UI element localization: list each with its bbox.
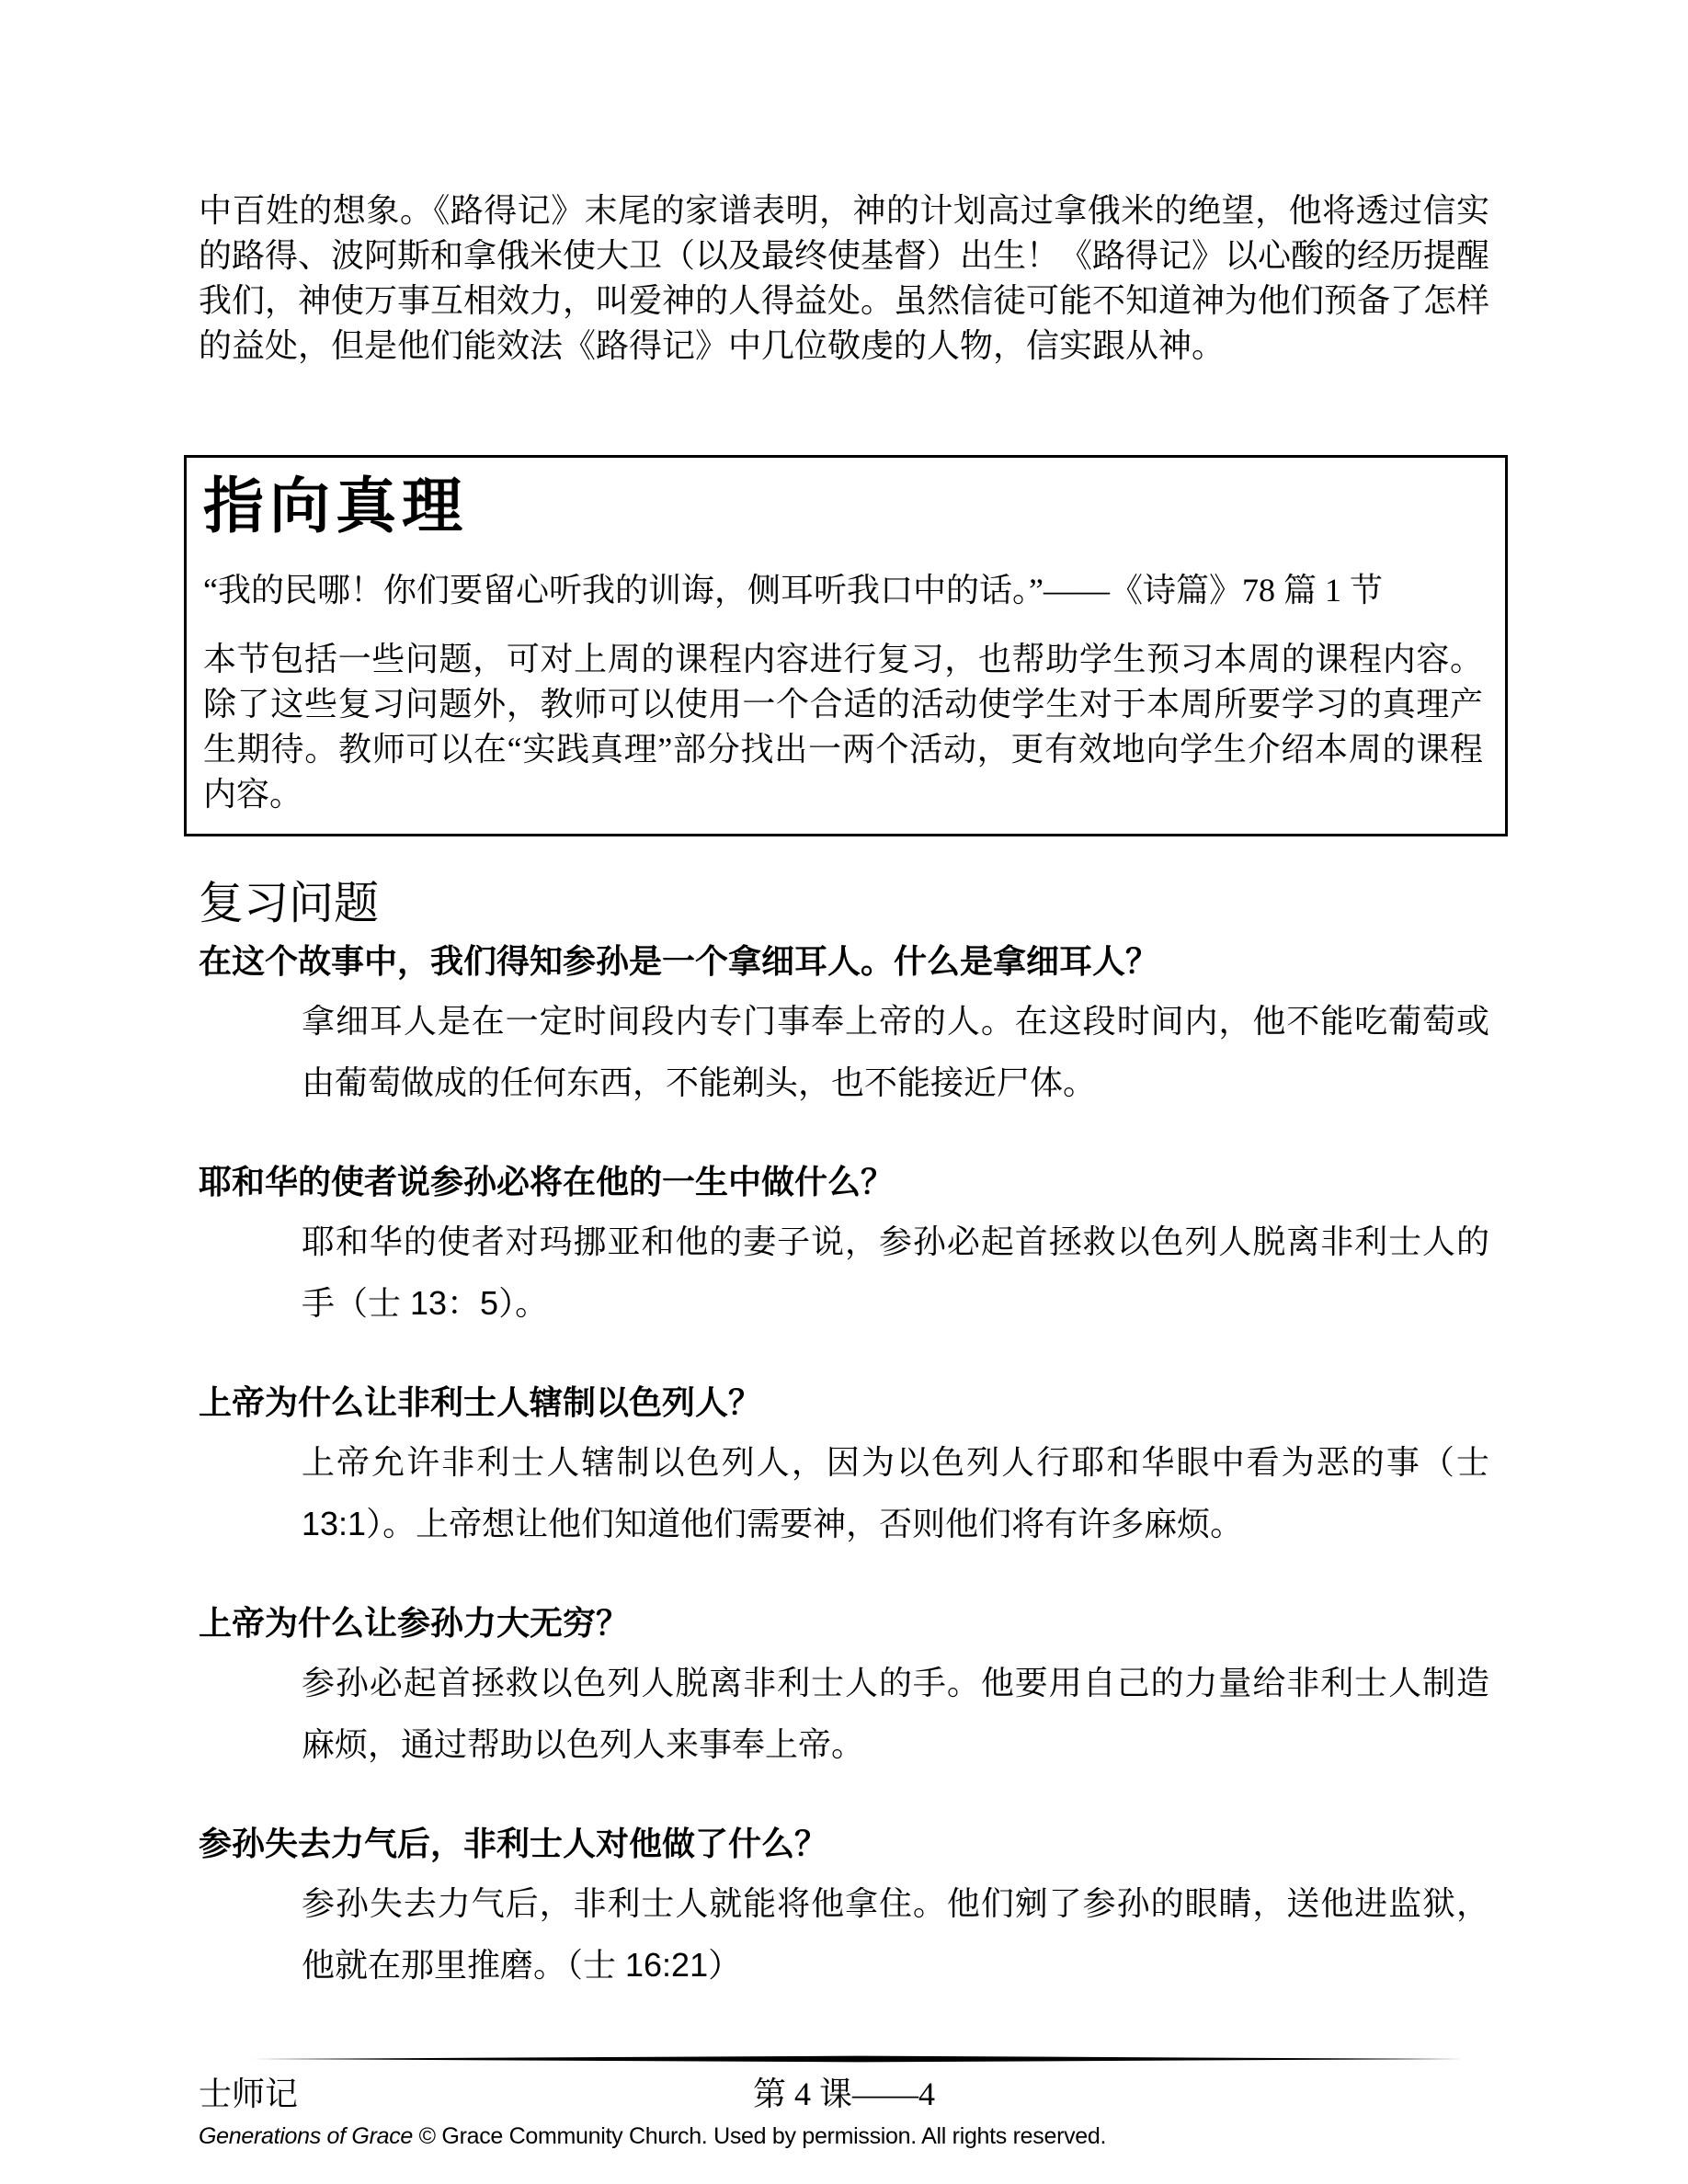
review-questions-heading: 复习问题 [199, 875, 1489, 932]
review-questions-list: 在这个故事中，我们得知参孙是一个拿细耳人。什么是拿细耳人？ 拿细耳人是在一定时间… [199, 939, 1489, 1996]
answer-text: 参孙必起首拯救以色列人脱离非利士人的手。他要用自己的力量给非利士人制造麻烦，通过… [199, 1652, 1489, 1775]
answer-text: 拿细耳人是在一定时间段内专门事奉上帝的人。在这段时间内，他不能吃葡萄或由葡萄做成… [199, 990, 1489, 1113]
document-page: 中百姓的想象。《路得记》末尾的家谱表明，神的计划高过拿俄米的绝望，他将透过信实的… [0, 0, 1688, 2184]
question-text: 参孙失去力气后，非利士人对他做了什么？ [199, 1822, 1489, 1867]
point-to-truth-box: 指向真理 “我的民哪！你们要留心听我的训诲，侧耳听我口中的话。”——《诗篇》78… [184, 455, 1508, 836]
question-text: 上帝为什么让参孙力大无穷？ [199, 1601, 1489, 1646]
copyright-line: Generations of Grace © Grace Community C… [199, 2121, 1489, 2151]
footer-lesson-page-label: 第 4 课——4 [199, 2074, 1489, 2114]
page-content: 中百姓的想象。《路得记》末尾的家谱表明，神的计划高过拿俄米的绝望，他将透过信实的… [0, 188, 1688, 1996]
copyright-series-title: Generations of Grace [199, 2123, 413, 2149]
qa-item-3: 上帝为什么让非利士人辖制以色列人？ 上帝允许非利士人辖制以色列人，因为以色列人行… [199, 1381, 1489, 1554]
page-footer: 士师记 第 4 课——4 Generations of Grace © Grac… [199, 2055, 1489, 2151]
qa-item-1: 在这个故事中，我们得知参孙是一个拿细耳人。什么是拿细耳人？ 拿细耳人是在一定时间… [199, 939, 1489, 1113]
truth-box-description: 本节包括一些问题，可对上周的课程内容进行复习，也帮助学生预习本周的课程内容。除了… [203, 637, 1483, 817]
truth-box-title: 指向真理 [203, 472, 1483, 542]
footer-row: 士师记 第 4 课——4 [199, 2074, 1489, 2114]
question-text: 上帝为什么让非利士人辖制以色列人？ [199, 1381, 1489, 1426]
answer-text: 耶和华的使者对玛挪亚和他的妻子说，参孙必起首拯救以色列人脱离非利士人的手（士 1… [199, 1211, 1489, 1334]
qa-item-4: 上帝为什么让参孙力大无穷？ 参孙必起首拯救以色列人脱离非利士人的手。他要用自己的… [199, 1601, 1489, 1775]
qa-item-2: 耶和华的使者说参孙必将在他的一生中做什么？ 耶和华的使者对玛挪亚和他的妻子说，参… [199, 1160, 1489, 1334]
question-text: 耶和华的使者说参孙必将在他的一生中做什么？ [199, 1160, 1489, 1205]
answer-text: 参孙失去力气后，非利士人就能将他拿住。他们剜了参孙的眼睛，送他进监狱，他就在那里… [199, 1872, 1489, 1996]
copyright-rest: © Grace Community Church. Used by permis… [413, 2123, 1106, 2149]
intro-paragraph: 中百姓的想象。《路得记》末尾的家谱表明，神的计划高过拿俄米的绝望，他将透过信实的… [199, 188, 1489, 369]
question-text: 在这个故事中，我们得知参孙是一个拿细耳人。什么是拿细耳人？ [199, 939, 1489, 984]
footer-divider-line [254, 2055, 1464, 2063]
answer-text: 上帝允许非利士人辖制以色列人，因为以色列人行耶和华眼中看为恶的事（士 13:1）… [199, 1431, 1489, 1554]
qa-item-5: 参孙失去力气后，非利士人对他做了什么？ 参孙失去力气后，非利士人就能将他拿住。他… [199, 1822, 1489, 1996]
scripture-quote: “我的民哪！你们要留心听我的训诲，侧耳听我口中的话。”——《诗篇》78 篇 1 … [203, 568, 1483, 613]
